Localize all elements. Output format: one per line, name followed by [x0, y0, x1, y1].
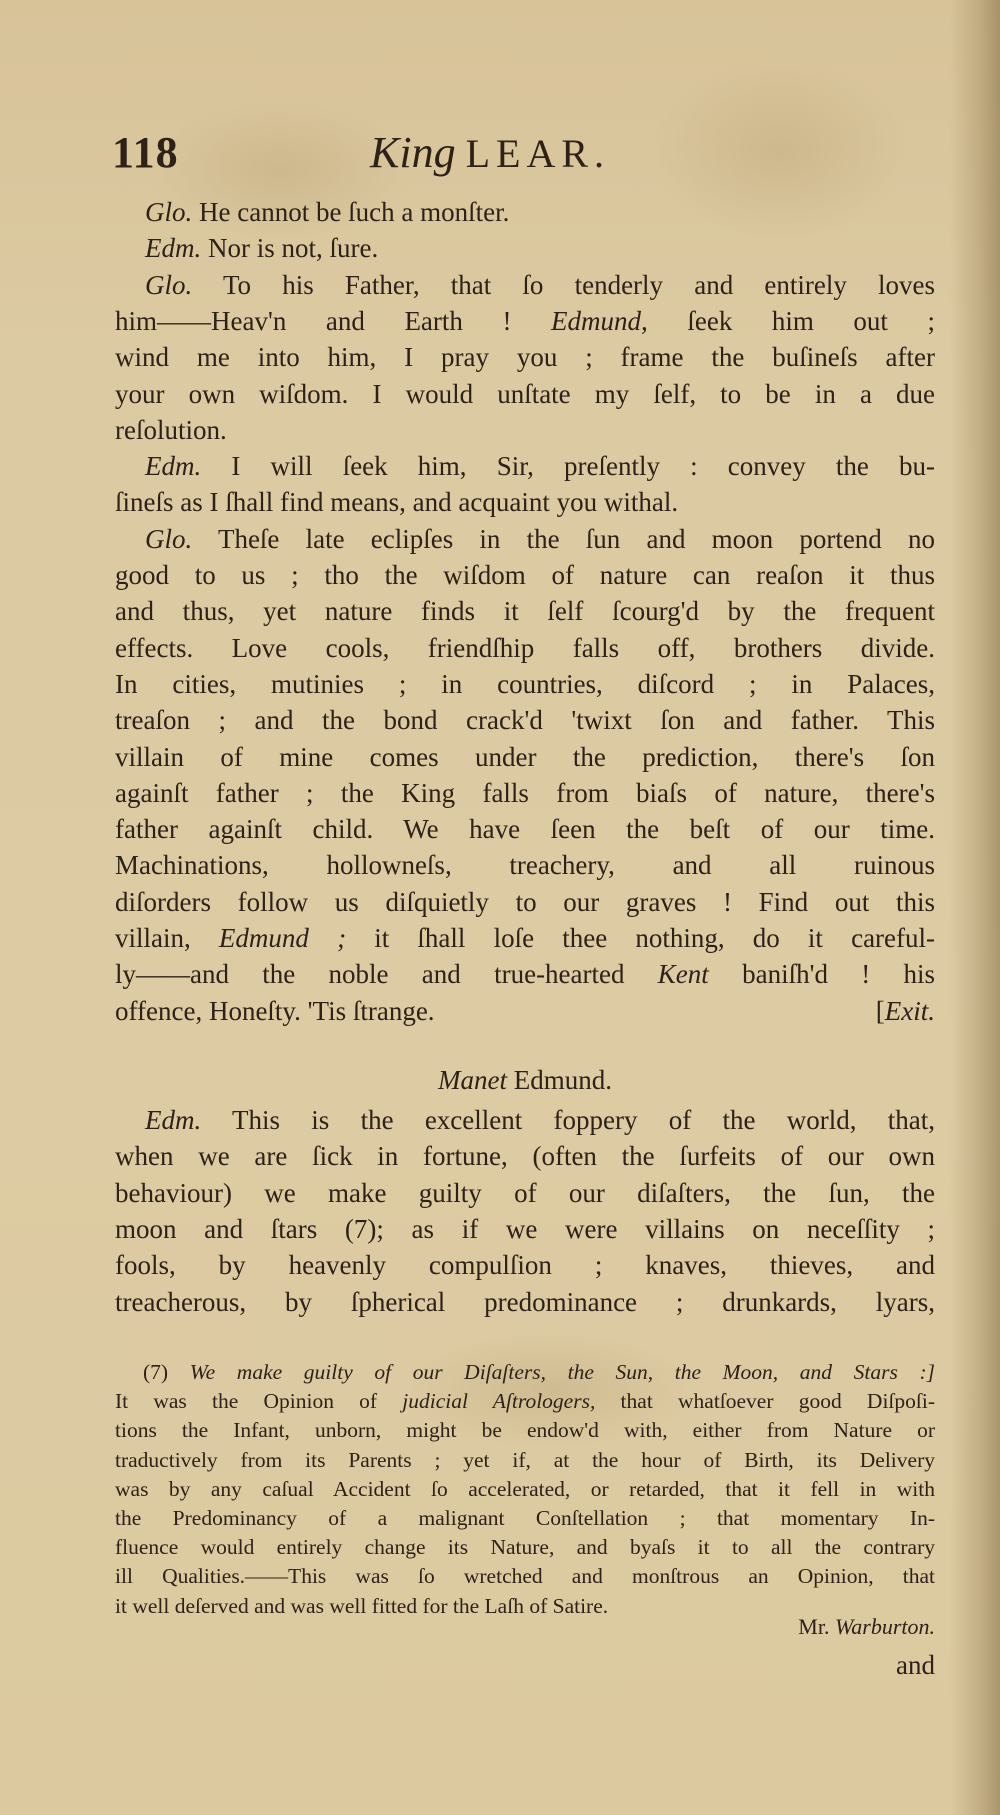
page-number: 118 [112, 128, 179, 178]
speaker-name: Glo. [145, 270, 192, 300]
footnote-lemma: We make guilty of our Diſaſters, the Sun… [190, 1360, 935, 1384]
line-text: Machinations, hollowneſs, treachery, and… [115, 850, 935, 880]
stage-direction-text: Edmund. [514, 1065, 612, 1095]
line-text: behaviour) we make guilty of our diſaſte… [115, 1178, 935, 1208]
text-line: ly——and the noble and true-hearted Kent … [115, 956, 935, 992]
exit-direction: [Exit. [876, 993, 935, 1029]
text-line: wind me into him, I pray you ; frame the… [115, 339, 935, 375]
footnote-line: traductively from its Parents ; yet if, … [115, 1446, 935, 1475]
italic-name: Kent [658, 959, 709, 989]
text-line: fools, by heavenly compulſion ; knaves, … [115, 1247, 935, 1283]
catchword: and [896, 1647, 935, 1683]
text-line: Machinations, hollowneſs, treachery, and… [115, 847, 935, 883]
line-text: your own wiſdom. I would unſtate my ſelf… [115, 379, 935, 409]
text-line: diſorders follow us diſquietly to our gr… [115, 884, 935, 920]
line-text: when we are ſick in fortune, (often the … [115, 1141, 935, 1171]
text-line: In cities, mutinies ; in countries, diſc… [115, 666, 935, 702]
italic-name: Edmund, [551, 306, 648, 336]
text-line: when we are ſick in fortune, (often the … [115, 1138, 935, 1174]
line-text: To his Father, that ſo tenderly and enti… [223, 270, 935, 300]
speaker-name: Glo. [145, 197, 192, 227]
line-text: baniſh'd ! his [742, 959, 935, 989]
line-text: effects. Love cools, friendſhip falls of… [115, 633, 935, 663]
line-text: ſeek him out ; [687, 306, 935, 336]
footnote-marker: (7) [143, 1360, 168, 1384]
footnote-text: traductively from its Parents ; yet if, … [115, 1448, 935, 1472]
text-line: treacherous, by ſpherical predominance ;… [115, 1284, 935, 1320]
line-text: offence, Honeſty. 'Tis ſtrange. [115, 996, 435, 1026]
footnote-text: was by any caſual Accident ſo accelerate… [115, 1477, 935, 1501]
text-line: and thus, yet nature finds it ſelf ſcour… [115, 593, 935, 629]
footnote-line: the Predominancy of a malignant Conſtell… [115, 1504, 935, 1533]
footnote-line: fluence would entirely change its Nature… [115, 1533, 935, 1562]
signature-prefix: Mr. [798, 1614, 829, 1639]
line-text: ſineſs as I ſhall find means, and acquai… [115, 487, 678, 517]
line-text: I will ſeek him, Sir, preſently : convey… [231, 451, 935, 481]
text-line: moon and ſtars (7); as if we were villai… [115, 1211, 935, 1247]
line-text: father againſt child. We have ſeen the b… [115, 814, 935, 844]
line-text: Nor is not, ſure. [208, 233, 378, 263]
text-line: him——Heav'n and Earth ! Edmund, ſeek him… [115, 303, 935, 339]
text-line: treaſon ; and the bond crack'd 'twixt ſo… [115, 702, 935, 738]
footnote-italic: judicial Aſtrologers, [402, 1389, 595, 1413]
line-text: villain, [115, 923, 191, 953]
footnote-line: ill Qualities.——This was ſo wretched and… [115, 1562, 935, 1591]
speech-line: Glo. He cannot be ſuch a monſter. [115, 194, 935, 230]
footnote-lemma-line: (7) We make guilty of our Diſaſters, the… [115, 1358, 935, 1387]
text-line: offence, Honeſty. 'Tis ſtrange.[Exit. [115, 993, 935, 1029]
speech-line: Edm. This is the excellent foppery of th… [115, 1102, 935, 1138]
speaker-name: Edm. [145, 233, 201, 263]
footnote-text: It was the Opinion of [115, 1389, 377, 1413]
line-text: Theſe late eclipſes in the ſun and moon … [218, 524, 935, 554]
footnote-line: It was the Opinion of judicial Aſtrologe… [115, 1387, 935, 1416]
italic-name: Edmund ; [219, 923, 346, 953]
running-title-italic: King [370, 128, 456, 177]
exit-bracket: [ [876, 996, 885, 1026]
speech-line: Glo. Theſe late eclipſes in the ſun and … [115, 521, 935, 557]
line-text: In cities, mutinies ; in countries, diſc… [115, 669, 935, 699]
text-line: good to us ; tho the wiſdom of nature ca… [115, 557, 935, 593]
line-text: it ſhall loſe thee nothing, do it carefu… [374, 923, 935, 953]
line-text: moon and ſtars (7); as if we were villai… [115, 1214, 935, 1244]
text-line: your own wiſdom. I would unſtate my ſelf… [115, 376, 935, 412]
running-title: KingLEAR. [370, 128, 610, 188]
speech-line: Edm. I will ſeek him, Sir, preſently : c… [115, 448, 935, 484]
speaker-name: Edm. [145, 451, 201, 481]
text-line: behaviour) we make guilty of our diſaſte… [115, 1175, 935, 1211]
text-line: villain of mine comes under the predicti… [115, 739, 935, 775]
line-text: wind me into him, I pray you ; frame the… [115, 342, 935, 372]
text-line: againſt father ; the King falls from bia… [115, 775, 935, 811]
line-text: ly——and the noble and true-hearted [115, 959, 625, 989]
text-line: father againſt child. We have ſeen the b… [115, 811, 935, 847]
line-text: him——Heav'n and Earth ! [115, 306, 511, 336]
line-text: He cannot be ſuch a monſter. [199, 197, 509, 227]
text-line: villain, Edmund ; it ſhall loſe thee not… [115, 920, 935, 956]
text-line: effects. Love cools, friendſhip falls of… [115, 630, 935, 666]
speech-line: Edm. Nor is not, ſure. [115, 230, 935, 266]
footnote-text: it well deſerved and was well fitted for… [115, 1594, 608, 1618]
text-line: ſineſs as I ſhall find means, and acquai… [115, 484, 935, 520]
footnote-text: the Predominancy of a malignant Conſtell… [115, 1506, 935, 1530]
line-text: and thus, yet nature finds it ſelf ſcour… [115, 596, 935, 626]
speaker-name: Glo. [145, 524, 192, 554]
speaker-name: Edm. [145, 1105, 201, 1135]
line-text: diſorders follow us diſquietly to our gr… [115, 887, 935, 917]
line-text: good to us ; tho the wiſdom of nature ca… [115, 560, 935, 590]
footnote-text: tions the Infant, unborn, might be endow… [115, 1418, 935, 1442]
stage-direction-italic: Manet [438, 1065, 507, 1095]
footnote-text: that whatſoever good Diſpoſi- [621, 1389, 935, 1413]
line-text: fools, by heavenly compulſion ; knaves, … [115, 1250, 935, 1280]
footnote-line: tions the Infant, unborn, might be endow… [115, 1416, 935, 1445]
exit-text: Exit. [885, 996, 935, 1026]
running-title-caps: LEAR. [466, 131, 610, 176]
footnote-line: was by any caſual Accident ſo accelerate… [115, 1475, 935, 1504]
footnote-text: ill Qualities.——This was ſo wretched and… [115, 1564, 935, 1588]
running-header: 118 KingLEAR. [112, 128, 942, 178]
line-text: againſt father ; the King falls from bia… [115, 778, 935, 808]
line-text: treaſon ; and the bond crack'd 'twixt ſo… [115, 705, 935, 735]
line-text: villain of mine comes under the predicti… [115, 742, 935, 772]
book-page: 118 KingLEAR. Glo. He cannot be ſuch a m… [0, 0, 1000, 1815]
speech-line: Glo. To his Father, that ſo tenderly and… [115, 267, 935, 303]
line-text: treacherous, by ſpherical predominance ;… [115, 1287, 935, 1317]
text-line: reſolution. [115, 412, 935, 448]
footnote-text: fluence would entirely change its Nature… [115, 1535, 935, 1559]
line-text: reſolution. [115, 415, 227, 445]
signature-name: Warburton. [835, 1614, 935, 1639]
line-text: This is the excellent foppery of the wor… [232, 1105, 935, 1135]
